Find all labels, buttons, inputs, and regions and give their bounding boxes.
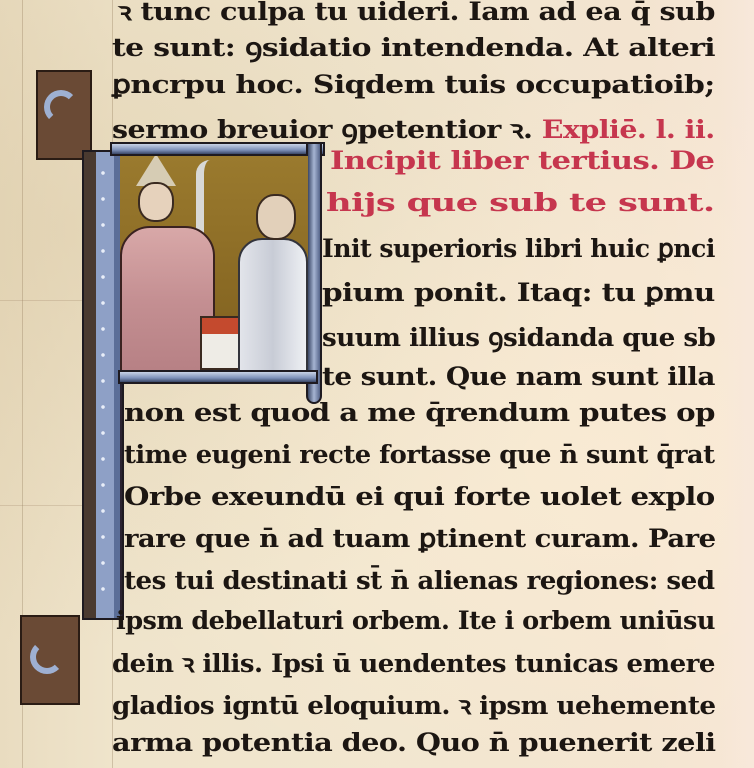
text-line: sermo breuior ꝯpetentior ꝛ. Expliē. l. i… [112,112,715,146]
text-line: arma potentia deo. Quo n̄ puenerit zeli [112,728,716,757]
text-line: gladios igntū eloquium. ꝛ ipsm uehemente [112,688,716,722]
manuscript-text: ꝛ tunc culpa tu uideri. Iam ad ea q̄ sub… [0,0,754,768]
text-line: te sunt. Que nam sunt illa [322,362,715,391]
text-line: suum illius ꝯsidanda que sb [322,320,715,354]
rubric-line: Incipit liber tertius. De [330,146,714,175]
text-line: Orbe exeundū ei qui forte uolet explo [124,482,715,511]
text-line: dein ꝛ illis. Ipsi ū uendentes tunicas e… [112,646,715,680]
text-line: ꝑncrpu hoc. Siqdem tuis occupatioib; [112,70,715,99]
text-line: time eugeni recte fortasse que n̄ sunt q… [124,440,715,469]
text-line: tes tui destinati st̄ n̄ alienas regione… [124,566,714,595]
right-margin [718,0,754,768]
text-line: ꝛ tunc culpa tu uideri. Iam ad ea q̄ sub [118,0,715,28]
text-line: non est quod a me q̄rendum putes op [124,398,715,427]
text-line: rare que n̄ ad tuam ꝑtinent curam. Pare [124,524,716,553]
rubric-explicit: Expliē. l. ii. [542,115,715,144]
rubric-line: hijs que sub te sunt. [326,188,714,217]
text-line: te sunt: ꝯsidatio intendenda. At alteri [112,30,715,64]
text-line: pium ponit. Itaq: tu ꝑmu [322,278,715,307]
text-line: Init superioris libri huic ꝑnci [322,234,715,263]
text-line: ipsm debellaturi orbem. Ite i orbem uniū… [116,606,715,635]
